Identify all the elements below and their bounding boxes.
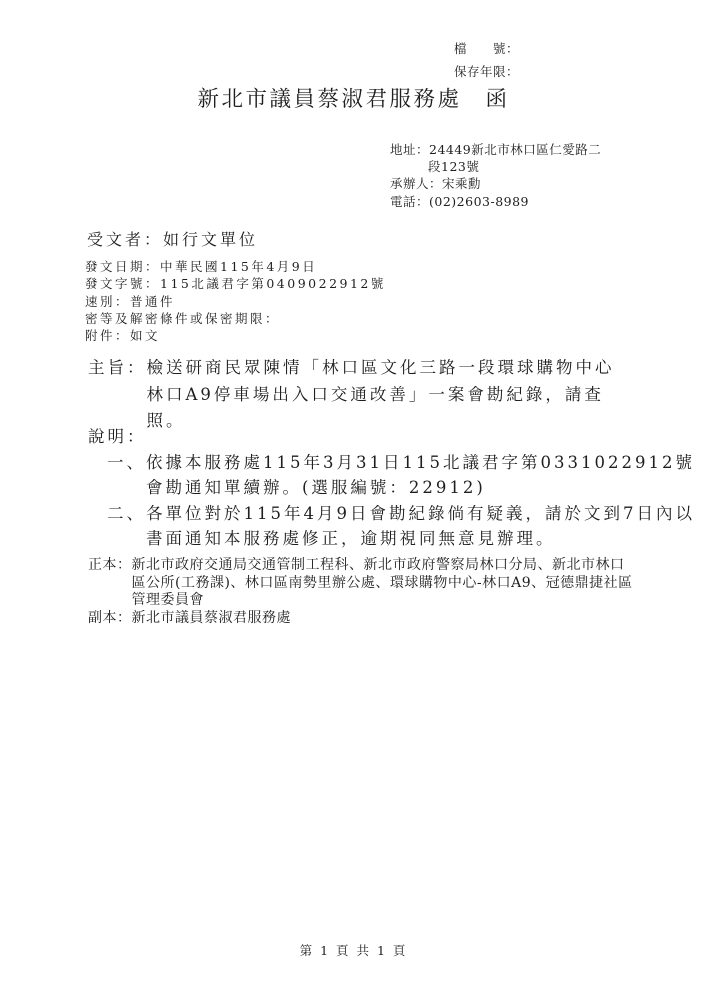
- issue-number-line: 發文字號：115北議君字第0409022912號: [85, 275, 386, 292]
- contact-person: 承辦人：宋乘勳: [390, 175, 601, 192]
- address-line-2: 段123號: [390, 158, 601, 175]
- carbon-copy-row: 副本： 新北市議員蔡淑君服務處: [88, 610, 634, 628]
- sender-contact-block: 地址：24449新北市林口區仁愛路二 段123號 承辦人：宋乘勳 電話：(02)…: [390, 141, 601, 210]
- original-copy-recipients: 新北市政府交通局交通管制工程科、新北市政府警察局林口分局、新北市林口區公所(工務…: [132, 557, 634, 610]
- attachment-line: 附件：如文: [85, 327, 386, 344]
- contact-phone: 電話：(02)2603-8989: [390, 193, 601, 210]
- explanation-item-number: 二、: [107, 501, 146, 527]
- original-copy-row: 正本： 新北市政府交通局交通管制工程科、新北市政府警察局林口分局、新北市林口區公…: [88, 557, 634, 610]
- stamp-block: 檔 號： 保存年限：: [454, 38, 519, 83]
- retention-period-label: 保存年限：: [454, 61, 519, 84]
- subject-text: 檢送研商民眾陳情「林口區文化三路一段環球購物中心林口A9停車場出入口交通改善」一…: [147, 355, 625, 435]
- address-line-1: 地址：24449新北市林口區仁愛路二: [390, 141, 601, 158]
- explanation-item-text: 依據本服務處115年3月31日115北議君字第0331022912號會勘通知單續…: [146, 450, 702, 501]
- original-copy-label: 正本：: [88, 557, 132, 575]
- explanation-item: 二、 各單位對於115年4月9日會勘紀錄倘有疑義，請於文到7日內以書面通知本服務…: [107, 501, 702, 552]
- recipient-line: 受文者：如行文單位: [87, 227, 258, 250]
- explanation-item-number: 一、: [107, 450, 146, 476]
- official-letter-page: 檔 號： 保存年限： 新北市議員蔡淑君服務處 函 地址：24449新北市林口區仁…: [0, 0, 707, 1000]
- subject-label: 主旨：: [88, 355, 147, 382]
- page-number-footer: 第 1 頁 共 1 頁: [0, 941, 707, 959]
- issue-date-line: 發文日期：中華民國115年4月9日: [85, 258, 386, 275]
- distribution-block: 正本： 新北市政府交通局交通管制工程科、新北市政府警察局林口分局、新北市林口區公…: [88, 557, 634, 627]
- carbon-copy-label: 副本：: [88, 610, 132, 628]
- file-number-label: 檔 號：: [454, 38, 519, 61]
- subject-section: 主旨： 檢送研商民眾陳情「林口區文化三路一段環球購物中心林口A9停車場出入口交通…: [88, 355, 625, 435]
- speed-class-line: 速別：普通件: [85, 293, 386, 310]
- explanation-section: 說明： 一、 依據本服務處115年3月31日115北議君字第0331022912…: [88, 424, 702, 552]
- explanation-label: 說明：: [88, 424, 702, 450]
- explanation-item: 一、 依據本服務處115年3月31日115北議君字第0331022912號會勘通…: [107, 450, 702, 501]
- document-meta-block: 發文日期：中華民國115年4月9日 發文字號：115北議君字第040902291…: [85, 258, 386, 344]
- document-title: 新北市議員蔡淑君服務處 函: [0, 82, 707, 113]
- explanation-item-text: 各單位對於115年4月9日會勘紀錄倘有疑義，請於文到7日內以書面通知本服務處修正…: [146, 501, 702, 552]
- carbon-copy-recipients: 新北市議員蔡淑君服務處: [132, 610, 634, 628]
- confidentiality-line: 密等及解密條件或保密期限：: [85, 310, 386, 327]
